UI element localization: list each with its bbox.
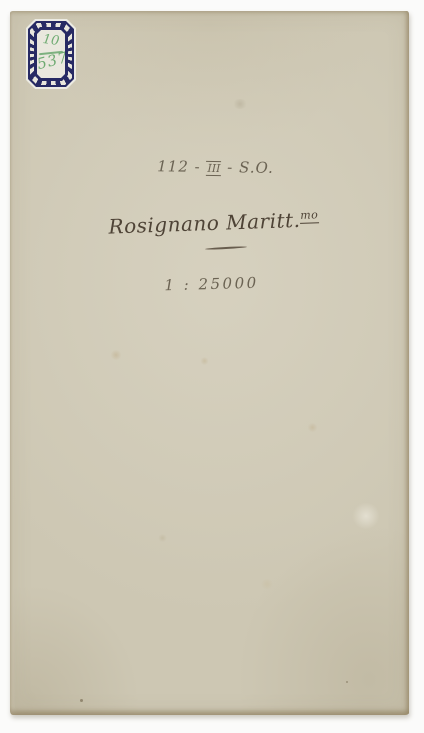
stain <box>110 350 122 360</box>
label-center-field: 10 537 <box>37 30 65 78</box>
scale-line: 1 : 25000 <box>10 270 411 298</box>
title-line: Rosignano Maritt.mo <box>10 204 414 242</box>
stain <box>200 357 209 365</box>
catalog-prefix: 112 - <box>157 157 206 176</box>
title-underline-flourish <box>205 246 247 250</box>
stain <box>158 534 167 542</box>
stain <box>346 681 348 683</box>
stain <box>307 423 318 432</box>
stain <box>260 579 274 589</box>
label-item-number: 537 <box>36 51 67 72</box>
title-superscript: mo <box>300 209 319 225</box>
photo-of-map-cover: 10 537 112 - III - S.O. Rosignano Maritt… <box>0 0 424 733</box>
stain <box>80 699 83 702</box>
catalog-suffix: - S.O. <box>221 158 274 177</box>
library-shelf-label: 10 537 <box>26 19 76 89</box>
label-shelf-number: 10 <box>36 32 66 49</box>
aged-paper-cover: 10 537 112 - III - S.O. Rosignano Maritt… <box>10 11 409 715</box>
catalog-number-line: 112 - III - S.O. <box>10 155 415 179</box>
stain <box>352 502 380 530</box>
title-name: Rosignano Maritt. <box>108 208 301 239</box>
stain <box>232 99 248 109</box>
catalog-roman-numeral: III <box>206 161 221 176</box>
